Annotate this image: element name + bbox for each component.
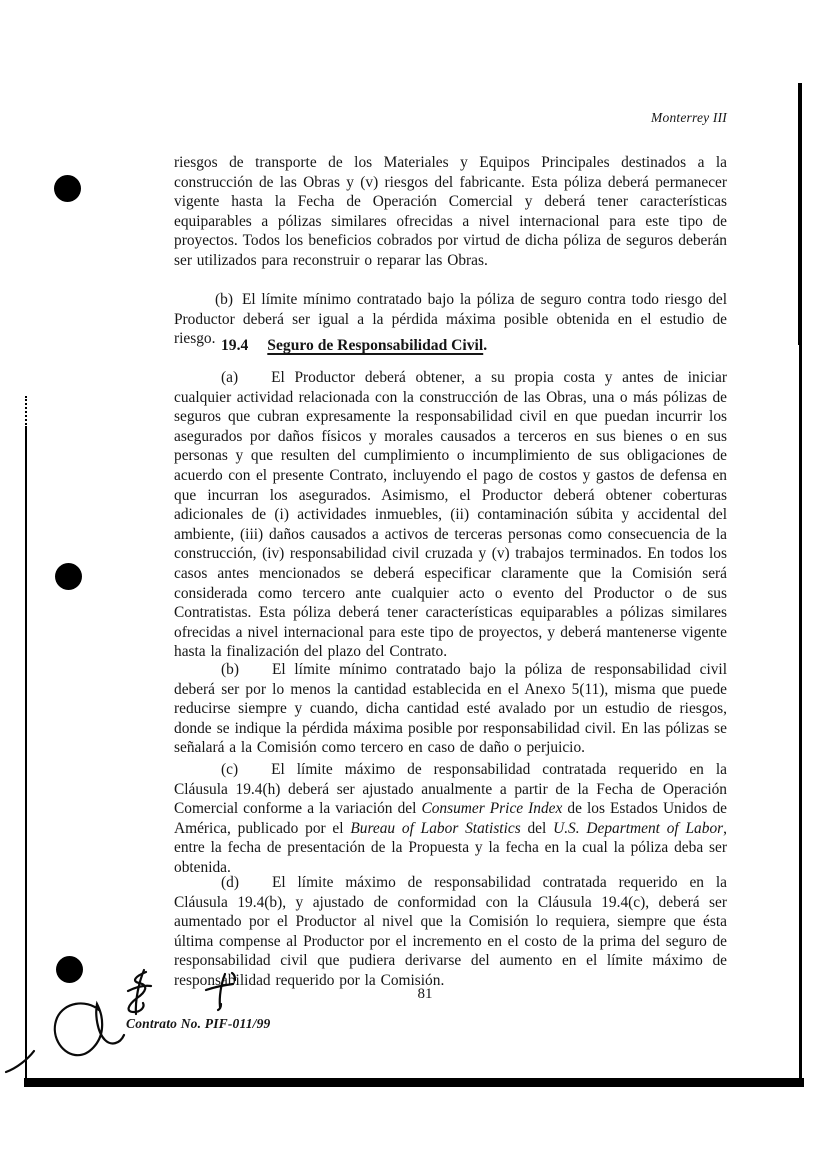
paragraph-label: (b) bbox=[221, 661, 239, 678]
paragraph-continuation: riesgos de transporte de los Materiales … bbox=[174, 153, 727, 271]
scan-edge-right-thick bbox=[798, 83, 802, 345]
scanned-contract-page: Monterrey III riesgos de transporte de l… bbox=[0, 0, 828, 1169]
running-header: Monterrey III bbox=[651, 110, 727, 126]
paragraph-label: (c) bbox=[221, 761, 238, 778]
paragraph-text-italic: Bureau of Labor Statistics bbox=[350, 820, 520, 837]
handwritten-initials-left bbox=[128, 970, 151, 1014]
page-number: 81 bbox=[403, 986, 447, 1003]
handwritten-signature-loop bbox=[6, 1003, 124, 1072]
paragraph-label: (d) bbox=[221, 874, 239, 891]
scan-edge-left-dotted bbox=[25, 396, 27, 428]
paragraph-a: (a)El Productor deberá obtener, a su pro… bbox=[174, 368, 727, 662]
paragraph-label: (b) bbox=[215, 291, 233, 308]
handwritten-signatures bbox=[0, 950, 320, 1085]
scan-edge-right-thin bbox=[799, 345, 802, 1087]
section-title: Seguro de Responsabilidad Civil bbox=[267, 337, 483, 354]
paragraph-text-italic: Consumer Price Index bbox=[421, 800, 562, 817]
paragraph-text-italic: U.S. Department of Labor bbox=[553, 820, 723, 837]
punch-hole-icon bbox=[55, 563, 82, 590]
paragraph-text: El Productor deberá obtener, a su propia… bbox=[174, 369, 727, 660]
paragraph-text: del bbox=[521, 820, 553, 837]
paragraph-c: (c)El límite máximo de responsabilidad c… bbox=[174, 760, 727, 878]
paragraph-text: El límite mínimo contratado bajo la póli… bbox=[174, 661, 727, 756]
handwritten-initials-right bbox=[206, 973, 235, 1010]
section-number: 19.4 bbox=[221, 337, 248, 354]
punch-hole-icon bbox=[54, 175, 81, 202]
paragraph-text: riesgos de transporte de los Materiales … bbox=[174, 154, 727, 269]
paragraph-label: (a) bbox=[221, 369, 238, 386]
section-heading: 19.4Seguro de Responsabilidad Civil. bbox=[174, 336, 727, 356]
paragraph-b-limite-minimo: (b)El límite mínimo contratado bajo la p… bbox=[174, 660, 727, 758]
section-title-period: . bbox=[483, 337, 487, 354]
